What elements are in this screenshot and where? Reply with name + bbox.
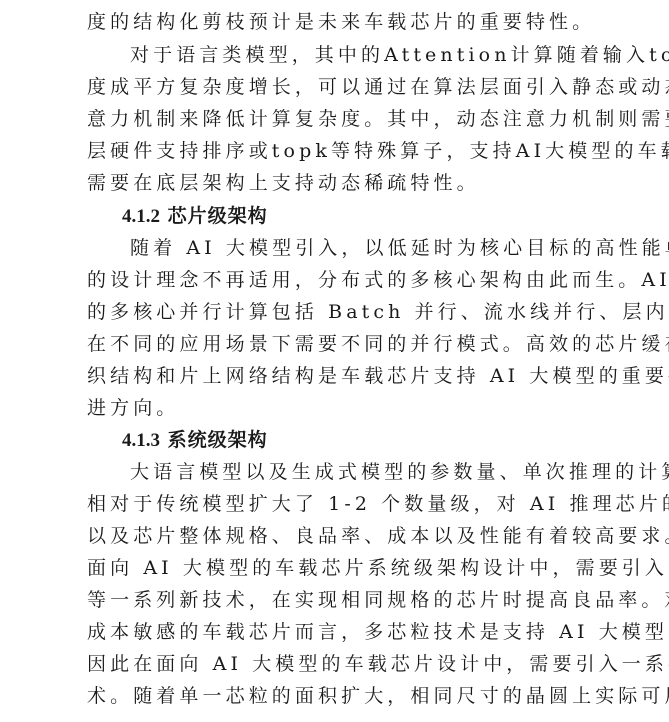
paragraph-line: 以及芯片整体规格、良品率、成本以及性能有着较高要求。在 — [87, 520, 597, 552]
paragraph-line: 对于语言类模型，其中的Attention计算随着输入token的长 — [130, 39, 640, 71]
paragraph-line: 层硬件支持排序或topk等特殊算子，支持AI大模型的车载芯片 — [87, 135, 597, 167]
paragraph-line: 度的结构化剪枝预计是未来车载芯片的重要特性。 — [87, 6, 597, 38]
section-number: 4.1.2 — [122, 206, 160, 227]
paragraph-line: 在不同的应用场景下需要不同的并行模式。高效的芯片缓存组 — [87, 328, 597, 360]
section-title: 系统级架构 — [168, 429, 268, 451]
paragraph-line: 面向 AI 大模型的车载芯片系统级架构设计中，需要引入多芯粒 — [87, 552, 597, 584]
paragraph-line: 因此在面向 AI 大模型的车载芯片设计中，需要引入一系列新技 — [87, 648, 597, 680]
section-heading-4-1-3: 4.1.3 系统级架构 — [122, 424, 632, 456]
document-page: 度的结构化剪枝预计是未来车载芯片的重要特性。 对于语言类模型，其中的Attent… — [0, 0, 669, 722]
paragraph-line: 成本敏感的车载芯片而言，多芯粒技术是支持 AI 大模型的关键。 — [87, 616, 597, 648]
paragraph-line: 相对于传统模型扩大了 1-2 个数量级，对 AI 推理芯片的算力， — [87, 488, 597, 520]
paragraph-line: 需要在底层架构上支持动态稀疏特性。 — [87, 167, 597, 199]
paragraph-line: 等一系列新技术，在实现相同规格的芯片时提高良品率。对于 — [87, 584, 597, 616]
paragraph-line: 随着 AI 大模型引入，以低延时为核心目标的高性能单核心 — [130, 232, 640, 264]
paragraph-line: 术。随着单一芯粒的面积扩大，相同尺寸的晶圆上实际可用的 — [87, 680, 597, 712]
paragraph-line: 意力机制来降低计算复杂度。其中，动态注意力机制则需要底 — [87, 103, 597, 135]
section-heading-4-1-2: 4.1.2 芯片级架构 — [122, 200, 632, 232]
paragraph-line: 进方向。 — [87, 392, 597, 424]
section-number: 4.1.3 — [122, 430, 160, 451]
paragraph-line: 的多核心并行计算包括 Batch 并行、流水线并行、层内并行等， — [87, 296, 597, 328]
paragraph-line: 度成平方复杂度增长，可以通过在算法层面引入静态或动态注 — [87, 71, 597, 103]
paragraph-line: 织结构和片上网络结构是车载芯片支持 AI 大模型的重要技术演 — [87, 360, 597, 392]
paragraph-line: 大语言模型以及生成式模型的参数量、单次推理的计算量， — [130, 456, 640, 488]
section-title: 芯片级架构 — [168, 205, 268, 227]
paragraph-line: 的设计理念不再适用，分布式的多核心架构由此而生。AI 算法 — [87, 264, 597, 296]
